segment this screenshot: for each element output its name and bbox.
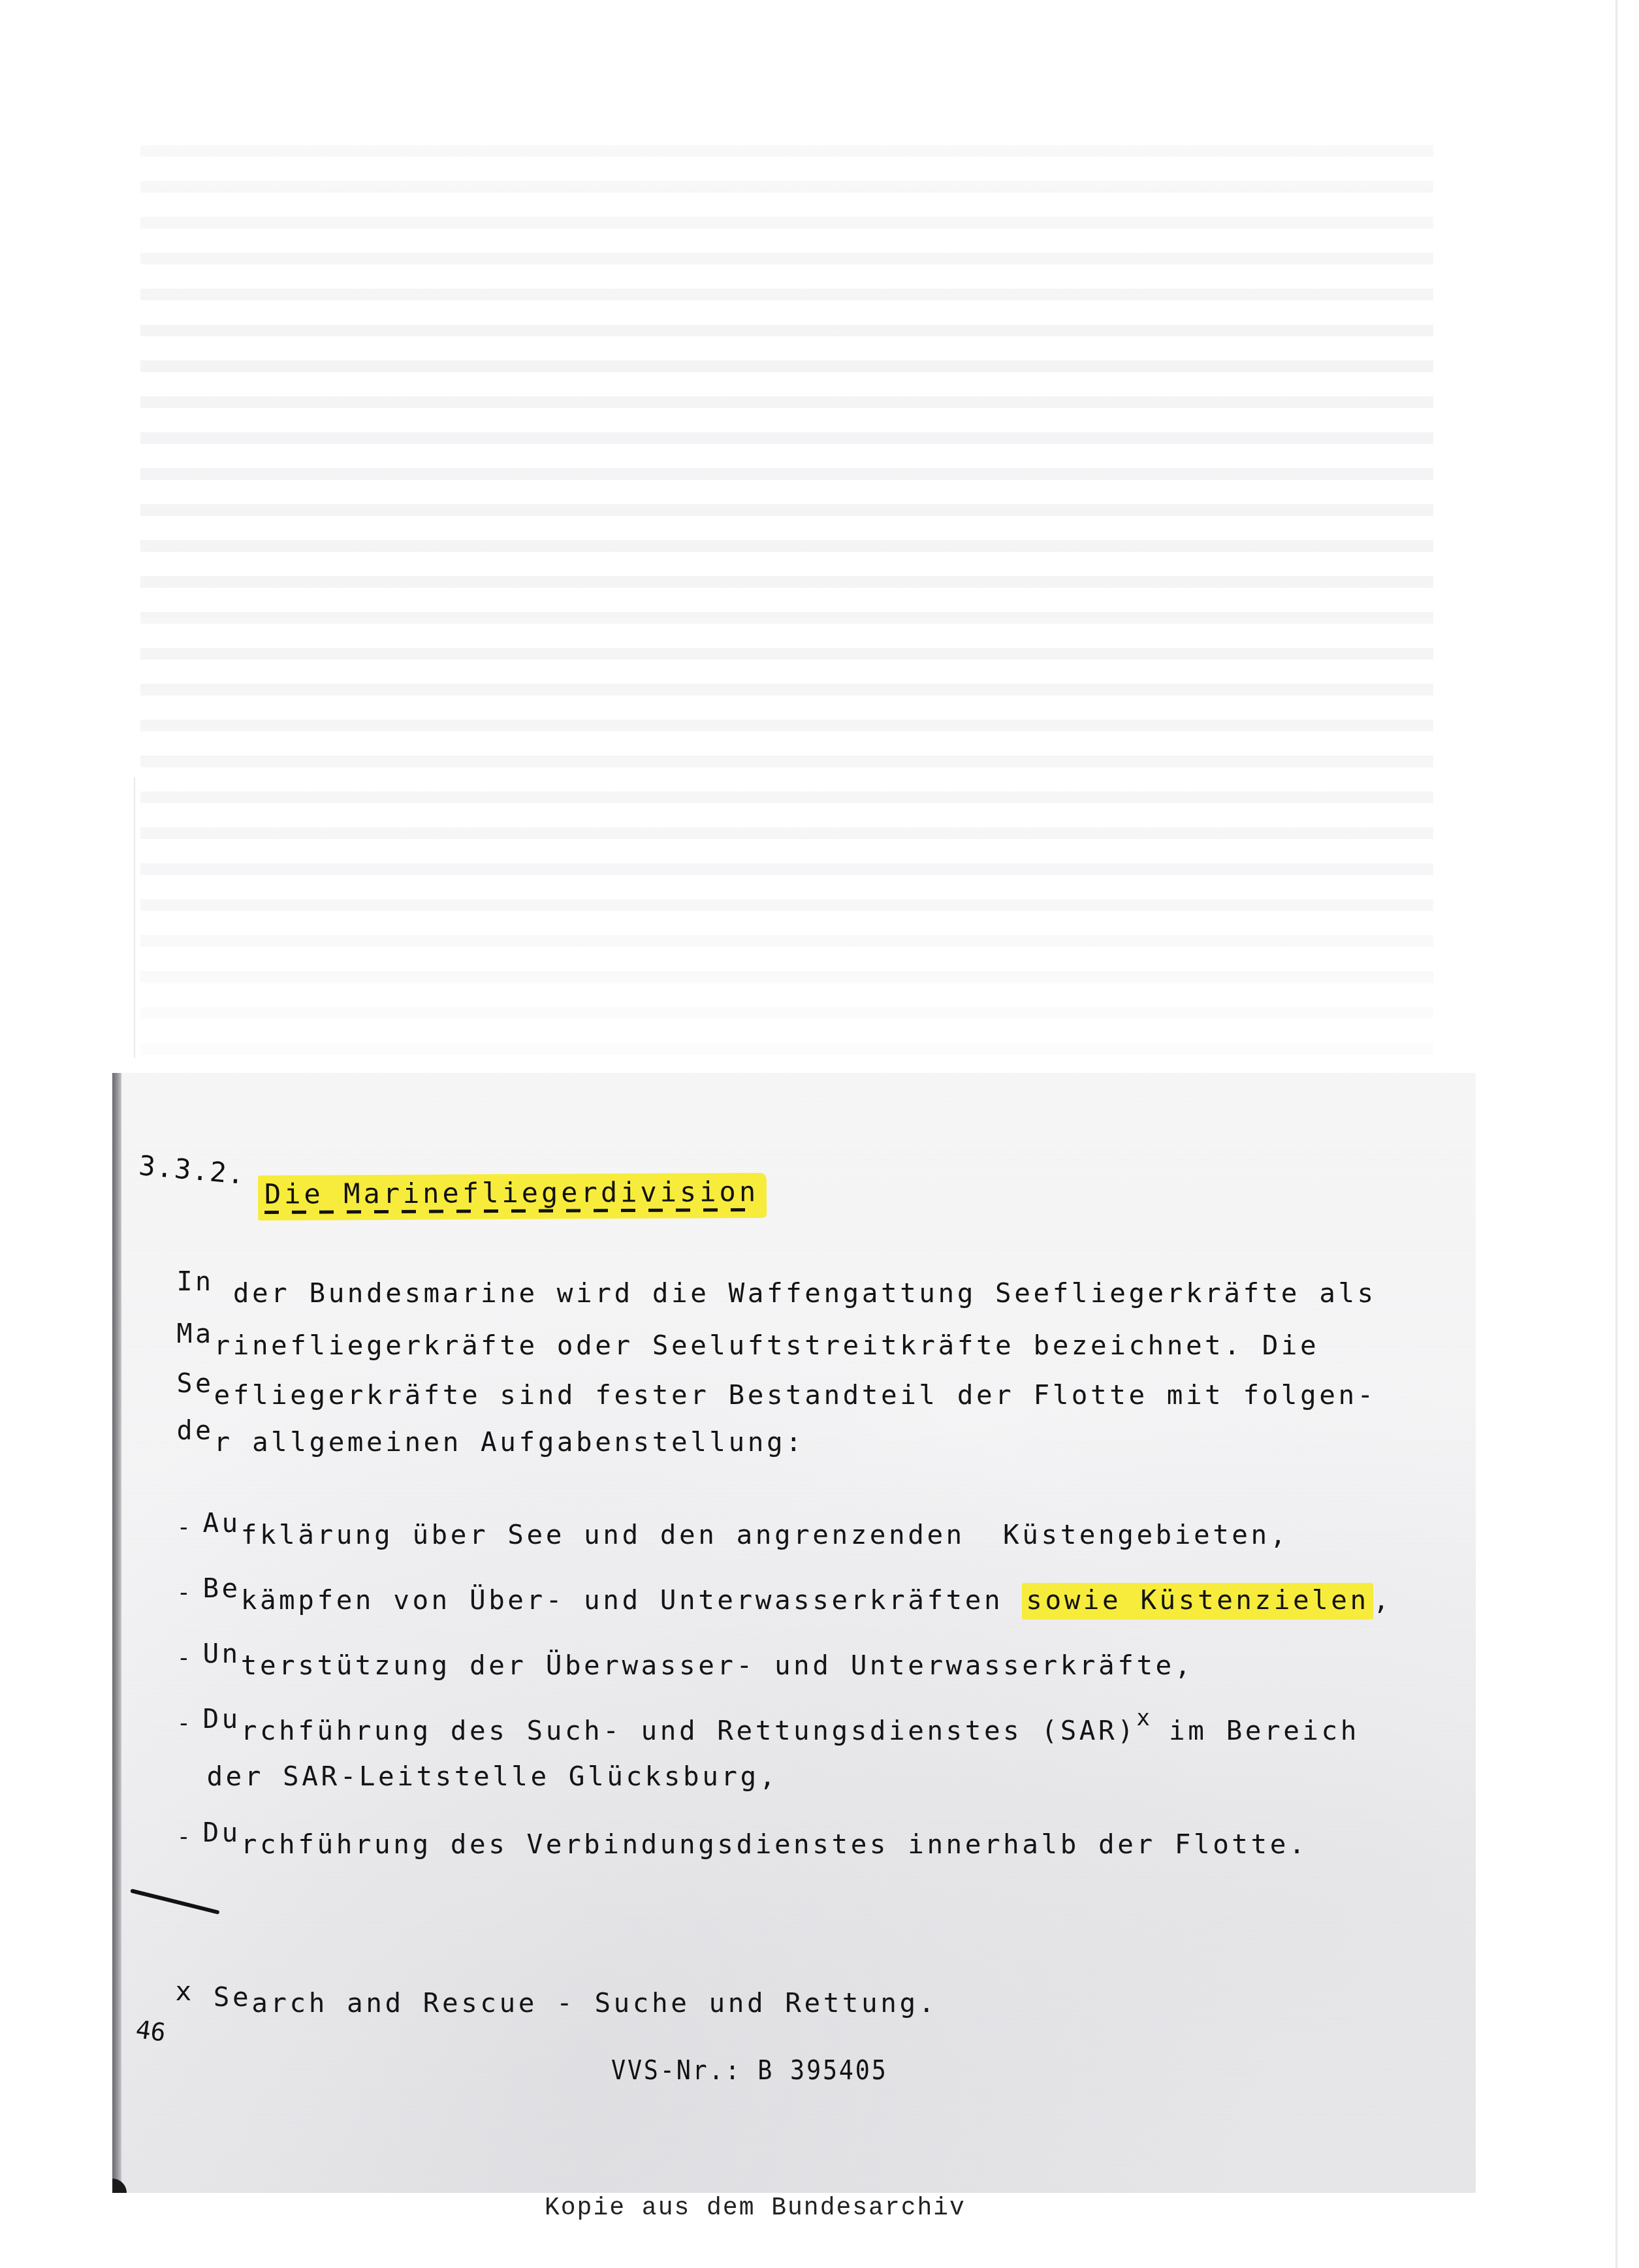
task-text: kämpfen von Über- und Unterwasserkräften	[241, 1584, 1023, 1616]
bleed-through-frame	[134, 777, 1363, 1058]
bullet-dash-icon: -	[176, 1579, 202, 1606]
bullet-dash-icon: -	[176, 1514, 202, 1541]
footnote-text: arch and Rescue - Suche und Rettung.	[251, 1987, 938, 2019]
section-title: Die Marinefliegerdivision	[258, 1173, 767, 1221]
page-number: 46	[134, 2015, 167, 2047]
task-tail: ,	[1373, 1584, 1392, 1616]
classification-number: VVS-Nr.: B 395405	[611, 2056, 888, 2086]
footnote-lead: Se	[214, 1981, 251, 2013]
bullet-dash-icon: -	[176, 1644, 202, 1671]
task-item: -Durchführung des Verbindungsdienstes in…	[138, 1797, 1308, 1860]
task-item: -Aufklärung über See und den angrenzende…	[138, 1488, 1289, 1550]
task-item: -Bekämpfen von Über- und Unterwasserkräf…	[138, 1553, 1392, 1616]
task-lead: Un	[202, 1638, 240, 1669]
intro-line-lead: In	[176, 1267, 214, 1297]
task-lead: Au	[202, 1507, 240, 1539]
binding-corner	[112, 2179, 127, 2193]
task-text: fklärung über See und den angrenzenden K…	[241, 1519, 1289, 1550]
highlighted-text: sowie Küstenzielen	[1022, 1583, 1373, 1620]
section-title-text: Die Marinefliegerdivision	[264, 1175, 759, 1210]
task-lead: Du	[202, 1817, 240, 1848]
task-continuation: der SAR-Leitstelle Glücksburg,	[168, 1729, 778, 1792]
task-lead: Be	[202, 1573, 240, 1604]
footnote: x Search and Rescue - Suche und Rettung.	[137, 1956, 938, 2019]
task-item: -Unterstützung der Überwasser- und Unter…	[138, 1618, 1194, 1681]
task-tail: im Bereich	[1150, 1715, 1360, 1746]
task-text: rchführung des Verbindungsdienstes inner…	[241, 1829, 1308, 1860]
task-text: terstützung der Überwasser- und Unterwas…	[241, 1650, 1194, 1681]
task-continuation-text: der SAR-Leitstelle Glücksburg,	[206, 1761, 778, 1792]
footnote-marker: x	[1136, 1705, 1149, 1731]
intro-line-lead: de	[176, 1416, 214, 1446]
page-edge	[1615, 0, 1618, 2268]
archive-caption: Kopie aus dem Bundesarchiv	[545, 2194, 966, 2222]
intro-line: der allgemeinen Aufgabenstellung:	[138, 1395, 804, 1458]
binding-edge	[112, 1073, 121, 2193]
intro-line-lead: Ma	[176, 1319, 214, 1349]
bullet-dash-icon: -	[176, 1823, 202, 1850]
footnote-marker: x	[175, 1975, 194, 2007]
intro-line-text: r allgemeinen Aufgabenstellung:	[214, 1426, 805, 1458]
